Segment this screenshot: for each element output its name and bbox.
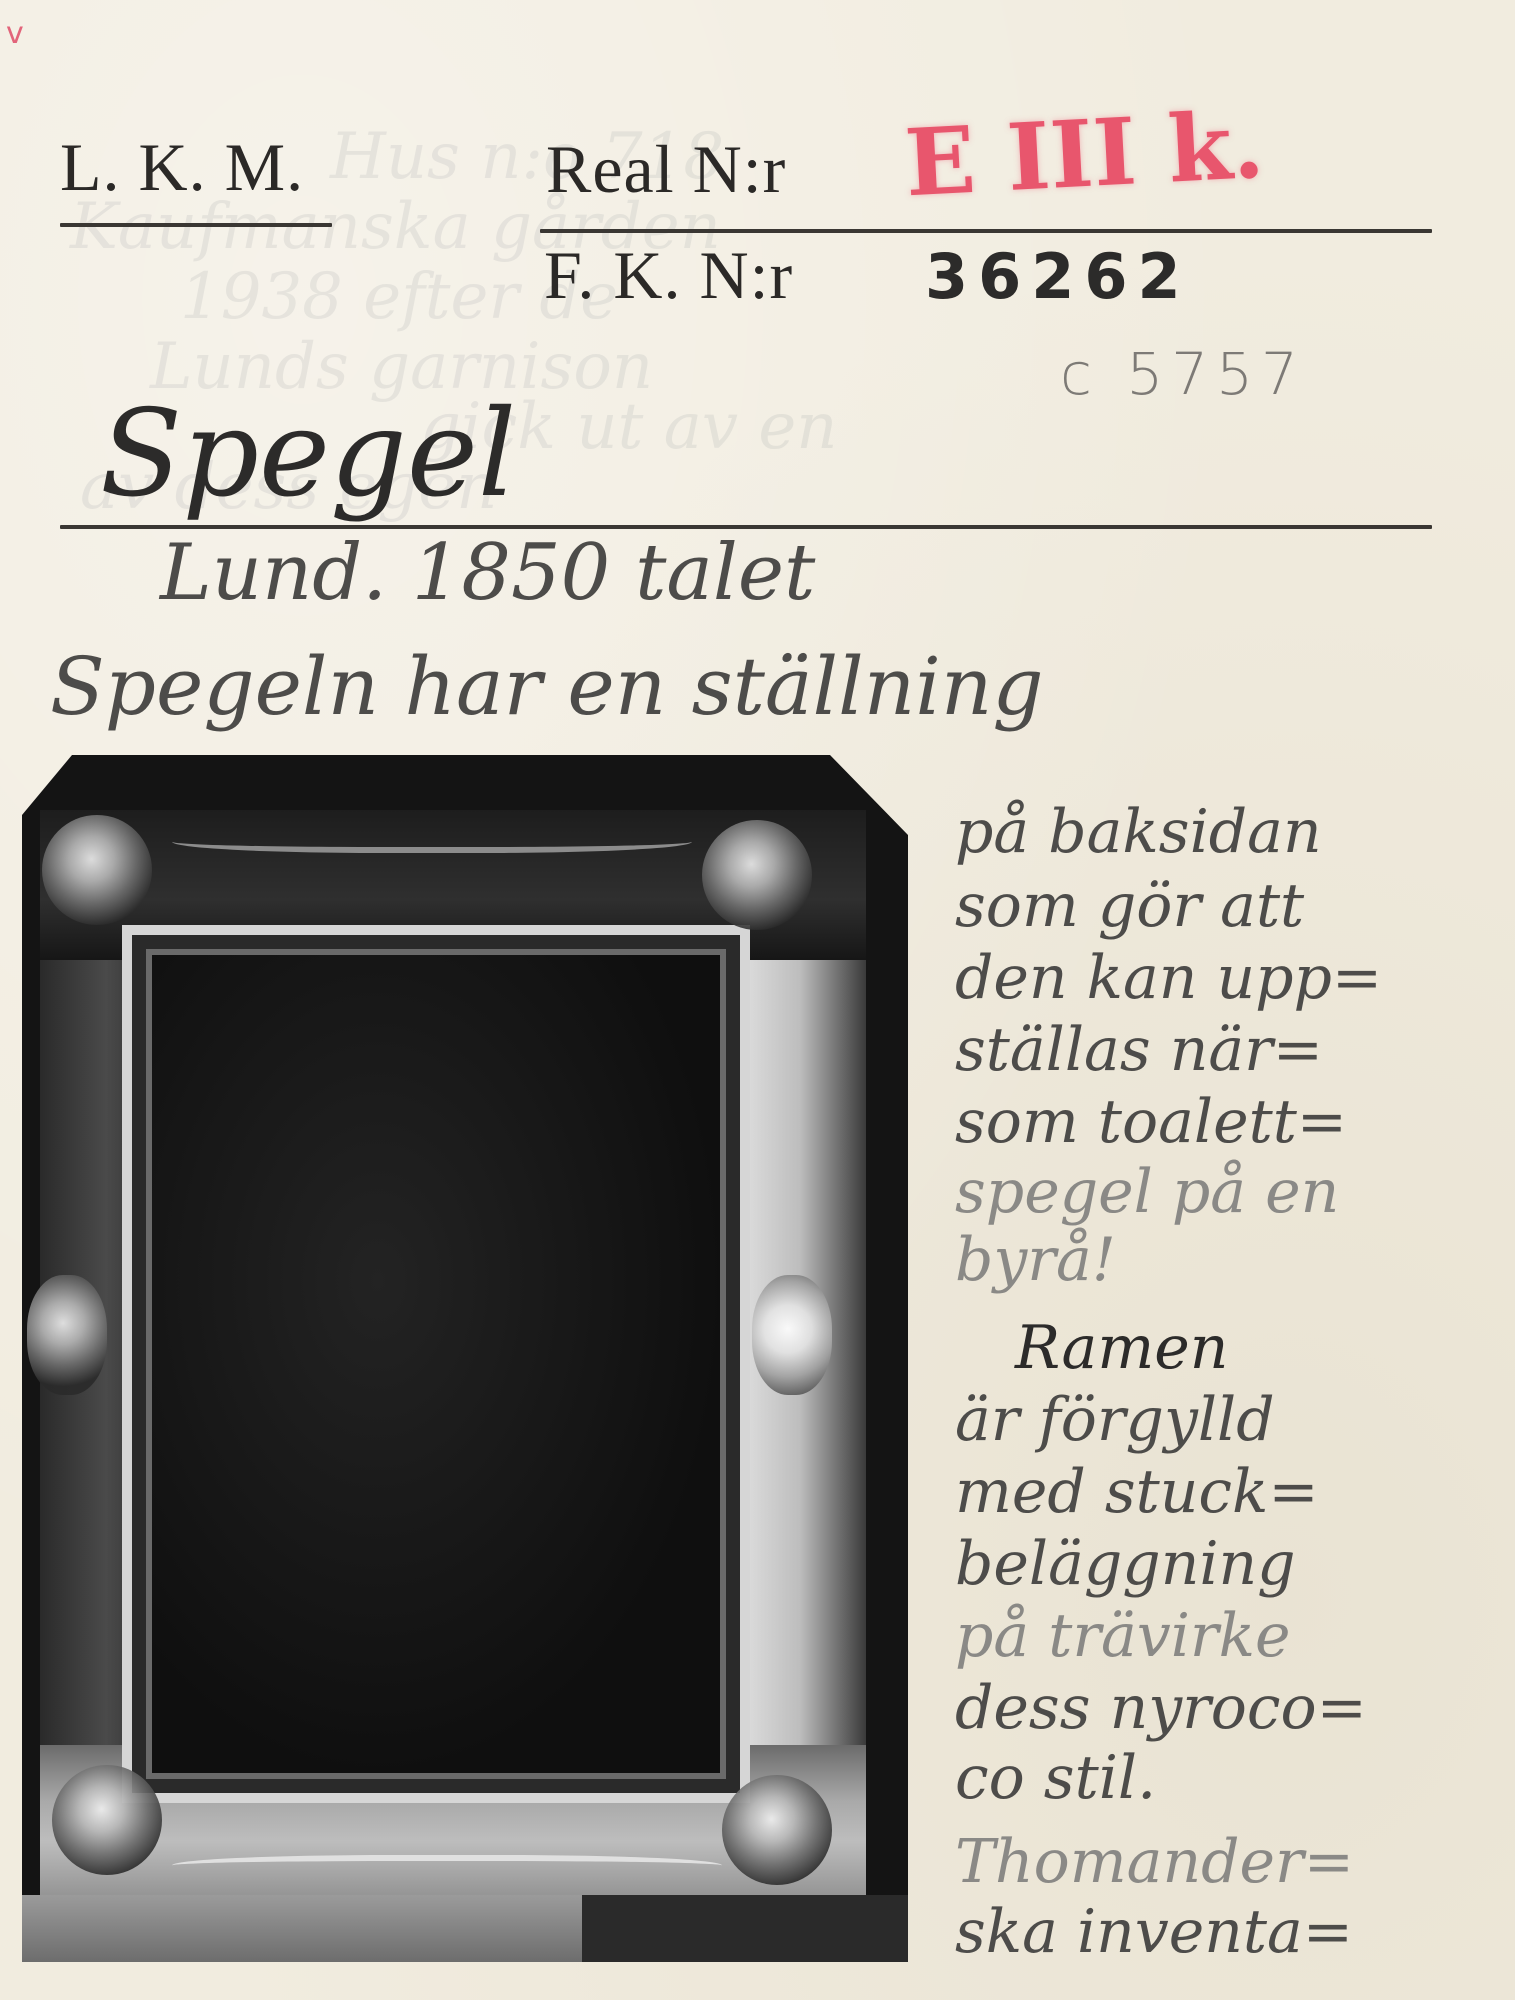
description-line: med stuck= bbox=[955, 1457, 1319, 1527]
description-line: ställas när= bbox=[955, 1015, 1323, 1085]
frame-top-scrollwork bbox=[172, 825, 692, 853]
description-line: den kan upp= bbox=[955, 943, 1382, 1013]
institution-underline bbox=[60, 223, 332, 227]
description-line: som gör att bbox=[955, 871, 1304, 941]
description-line: som toalett= bbox=[955, 1087, 1347, 1157]
fk-number-label: F. K. N:r bbox=[544, 236, 793, 315]
description-first-line: Spegeln har en ställning bbox=[50, 640, 1044, 733]
description-line: är förgylld bbox=[955, 1385, 1275, 1455]
wooden-shelf bbox=[22, 1895, 582, 1962]
description-line: på baksidan bbox=[955, 797, 1322, 867]
provenance-line: Lund. 1850 talet bbox=[160, 528, 815, 618]
corner-ornament-icon bbox=[702, 820, 812, 930]
mirror-photograph bbox=[22, 755, 908, 1962]
description-line: Thomander= bbox=[955, 1827, 1354, 1897]
corner-ornament-icon bbox=[52, 1765, 162, 1875]
description-line: Ramen bbox=[1015, 1313, 1228, 1383]
real-number-label: Real N:r bbox=[546, 130, 786, 209]
side-ornament-icon bbox=[27, 1275, 107, 1395]
corner-ornament-icon bbox=[722, 1775, 832, 1885]
description-line: beläggning bbox=[955, 1529, 1296, 1599]
institution-label: L. K. M. bbox=[60, 128, 304, 207]
description-line: byrå! bbox=[955, 1225, 1116, 1295]
side-ornament-icon bbox=[752, 1275, 832, 1395]
header-rule bbox=[540, 229, 1432, 233]
mirror-glass bbox=[132, 935, 740, 1793]
corner-ornament-icon bbox=[42, 815, 152, 925]
real-number-value: E III k. bbox=[902, 91, 1266, 218]
description-line: spegel på en bbox=[955, 1157, 1339, 1227]
shelf-shadow bbox=[582, 1895, 908, 1962]
frame-bottom-scrollwork bbox=[172, 1855, 722, 1881]
fk-number-value: 36262 bbox=[925, 240, 1191, 313]
description-line: ska inventa= bbox=[955, 1897, 1353, 1967]
secondary-number: c 5757 bbox=[1060, 340, 1306, 408]
check-mark-icon: v bbox=[6, 16, 24, 51]
description-line: dess nyroco= bbox=[955, 1673, 1367, 1743]
description-line: på trävirke bbox=[955, 1601, 1290, 1671]
object-name: Spegel bbox=[100, 385, 516, 524]
description-line: co stil. bbox=[955, 1743, 1156, 1813]
